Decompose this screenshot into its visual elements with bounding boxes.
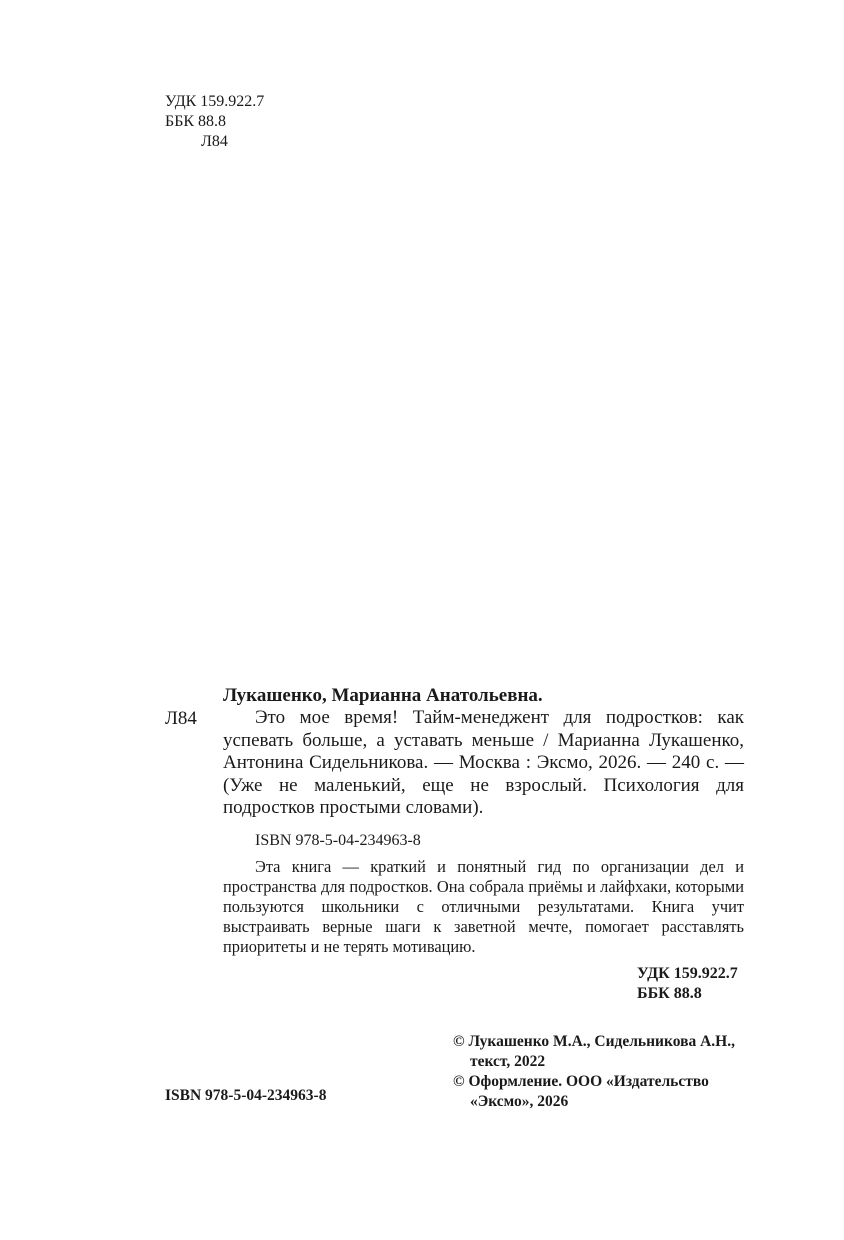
catalog-description: Это мое время! Тайм-менеджент для подрос… xyxy=(223,707,744,819)
catalog-annotation: Эта книга — краткий и понятный гид по ор… xyxy=(223,857,744,957)
copyright-block: © Лукашенко М.А., Сидельникова А.Н., тек… xyxy=(453,1032,753,1112)
copyright-text: © Лукашенко М.А., Сидельникова А.Н., тек… xyxy=(453,1032,753,1072)
catalog-author-sign: Л84 xyxy=(165,708,197,730)
catalog-author: Лукашенко, Марианна Анатольевна. xyxy=(223,685,744,707)
catalog-udk: УДК 159.922.7 xyxy=(637,964,738,984)
catalog-codes: УДК 159.922.7 ББК 88.8 xyxy=(637,964,738,1004)
bottom-isbn: ISBN 978-5-04-234963-8 xyxy=(165,1086,326,1106)
catalog-isbn: ISBN 978-5-04-234963-8 xyxy=(255,831,421,851)
author-sign: Л84 xyxy=(165,132,264,152)
udk-code: УДК 159.922.7 xyxy=(165,92,264,112)
top-classification-codes: УДК 159.922.7 ББК 88.8 Л84 xyxy=(165,92,264,152)
bbk-code: ББК 88.8 xyxy=(165,112,264,132)
copyright-design: © Оформление. ООО «Издательство «Эксмо»,… xyxy=(453,1072,753,1112)
catalog-bbk: ББК 88.8 xyxy=(637,984,738,1004)
catalog-card: Лукашенко, Марианна Анатольевна. Это мое… xyxy=(223,685,744,819)
